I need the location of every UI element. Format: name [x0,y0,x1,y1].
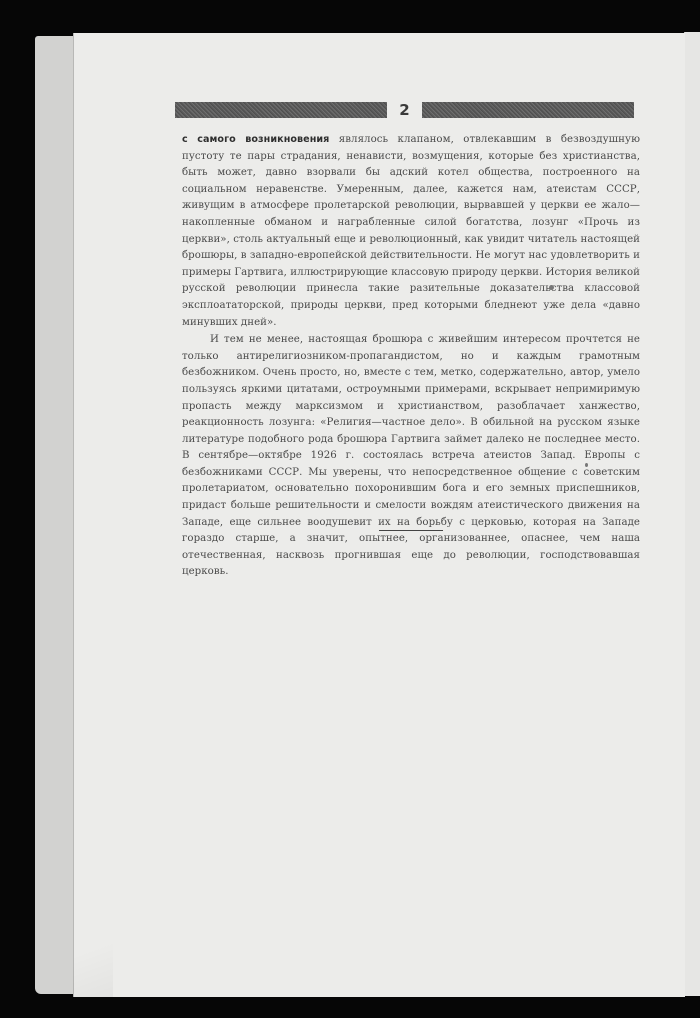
ink-speck [585,463,588,467]
document-page: 2 с самого возникновения являлось клапан… [73,33,685,997]
scanned-page: 2 с самого возникновения являлось клапан… [0,0,700,1018]
paragraph-2: И тем не менее, настоящая брошюра с живе… [182,332,640,581]
paragraph-text: И тем не менее, настоящая брошюра с живе… [182,334,640,577]
right-sheet-edge [684,32,700,996]
paragraph-1: с самого возникновения являлось клапаном… [182,132,640,331]
body-text: с самого возникновения являлось клапаном… [182,132,640,581]
ink-speck [549,285,554,290]
corner-shade [73,917,113,997]
paragraph-text: являлось клапаном, отвлекавшим в безвозд… [182,134,640,328]
page-number: 2 [387,101,422,119]
page-header: 2 [175,101,634,119]
header-bar-right [422,102,634,118]
section-divider [379,530,443,531]
header-bar-left [175,102,387,118]
paragraph-lead-bold: с самого возникновения [182,134,329,145]
